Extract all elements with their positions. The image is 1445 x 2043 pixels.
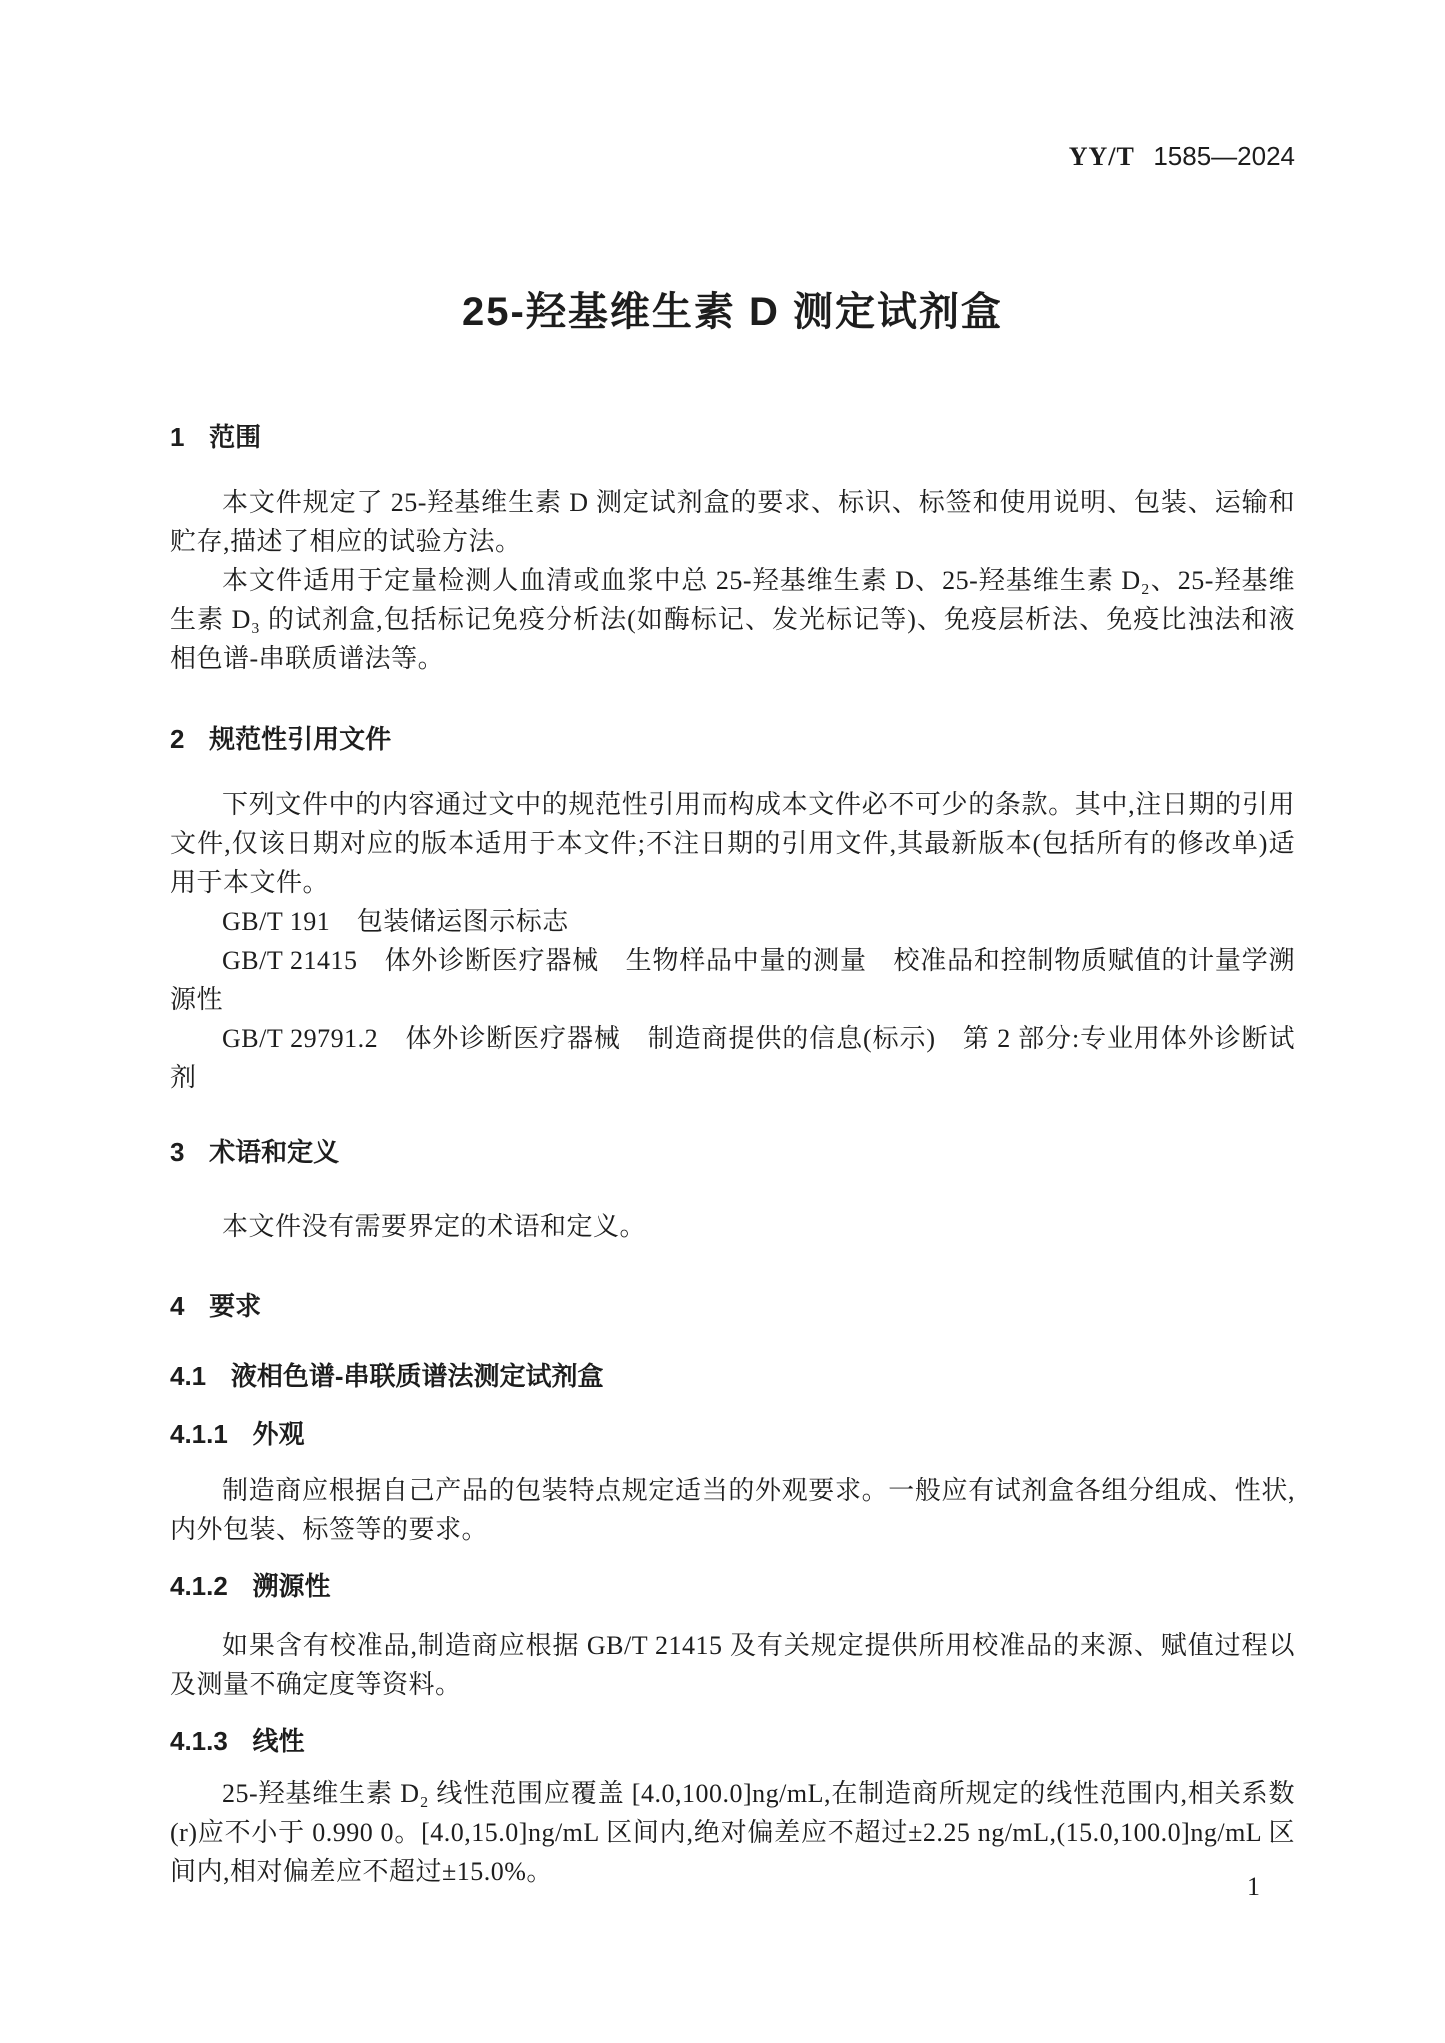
- reference-entry-2: GB/T 21415 体外诊断医疗器械 生物样品中量的测量 校准品和控制物质赋值…: [170, 941, 1295, 1019]
- clause-2-title: 规范性引用文件: [209, 724, 391, 754]
- clause-4-1-3-paragraph-1: 25-羟基维生素 D₂ 线性范围应覆盖 [4.0,100.0]ng/mL,在制造…: [170, 1774, 1295, 1891]
- clause-4-1-number: 4.1: [170, 1361, 206, 1391]
- clause-1-heading: 1范围: [170, 422, 1295, 452]
- reference-entry-3: GB/T 29791.2 体外诊断医疗器械 制造商提供的信息(标示) 第 2 部…: [170, 1019, 1295, 1097]
- clause-3-paragraph-1: 本文件没有需要界定的术语和定义。: [170, 1207, 1295, 1246]
- clause-4-1-3-heading: 4.1.3线性: [170, 1726, 1295, 1756]
- clause-1-paragraph-2: 本文件适用于定量检测人血清或血浆中总 25-羟基维生素 D、25-羟基维生素 D…: [170, 561, 1295, 678]
- clause-4-1-3-title: 线性: [253, 1726, 305, 1756]
- clause-4-1-3-number: 4.1.3: [170, 1726, 228, 1756]
- page-number: 1: [1247, 1872, 1260, 1902]
- clause-4-number: 4: [170, 1291, 184, 1321]
- clause-4-1-1-number: 4.1.1: [170, 1419, 228, 1449]
- clause-4-heading: 4要求: [170, 1291, 1295, 1321]
- clause-4-1-heading: 4.1液相色谱-串联质谱法测定试剂盒: [170, 1361, 1295, 1391]
- clause-2-paragraph-1: 下列文件中的内容通过文中的规范性引用而构成本文件必不可少的条款。其中,注日期的引…: [170, 785, 1295, 902]
- clause-4-1-2-paragraph-1: 如果含有校准品,制造商应根据 GB/T 21415 及有关规定提供所用校准品的来…: [170, 1626, 1295, 1704]
- clause-2-number: 2: [170, 724, 184, 754]
- clause-4-1-2-heading: 4.1.2溯源性: [170, 1571, 1295, 1601]
- clause-3-title: 术语和定义: [209, 1137, 339, 1167]
- clause-4-1-title: 液相色谱-串联质谱法测定试剂盒: [231, 1361, 604, 1391]
- clause-4-1-1-paragraph-1: 制造商应根据自己产品的包装特点规定适当的外观要求。一般应有试剂盒各组分组成、性状…: [170, 1471, 1295, 1549]
- clause-3-number: 3: [170, 1137, 184, 1167]
- standard-number: 1585—2024: [1153, 141, 1295, 171]
- document-page: YY/T 1585—2024 25-羟基维生素 D 测定试剂盒 1范围 本文件规…: [0, 0, 1445, 2043]
- clause-2-heading: 2规范性引用文件: [170, 724, 1295, 754]
- document-title: 25-羟基维生素 D 测定试剂盒: [170, 284, 1295, 340]
- clause-4-1-2-number: 4.1.2: [170, 1571, 228, 1601]
- clause-4-1-2-title: 溯源性: [253, 1571, 331, 1601]
- clause-1-paragraph-1: 本文件规定了 25-羟基维生素 D 测定试剂盒的要求、标识、标签和使用说明、包装…: [170, 483, 1295, 561]
- clause-4-title: 要求: [209, 1291, 261, 1321]
- running-header: YY/T 1585—2024: [170, 140, 1295, 172]
- clause-4-1-1-heading: 4.1.1外观: [170, 1419, 1295, 1449]
- clause-4-1-1-title: 外观: [253, 1419, 305, 1449]
- standard-code: YY/T: [1069, 142, 1135, 171]
- clause-1-title: 范围: [209, 422, 261, 452]
- clause-3-heading: 3术语和定义: [170, 1137, 1295, 1167]
- reference-entry-1: GB/T 191 包装储运图示标志: [170, 902, 1295, 941]
- clause-1-number: 1: [170, 422, 184, 452]
